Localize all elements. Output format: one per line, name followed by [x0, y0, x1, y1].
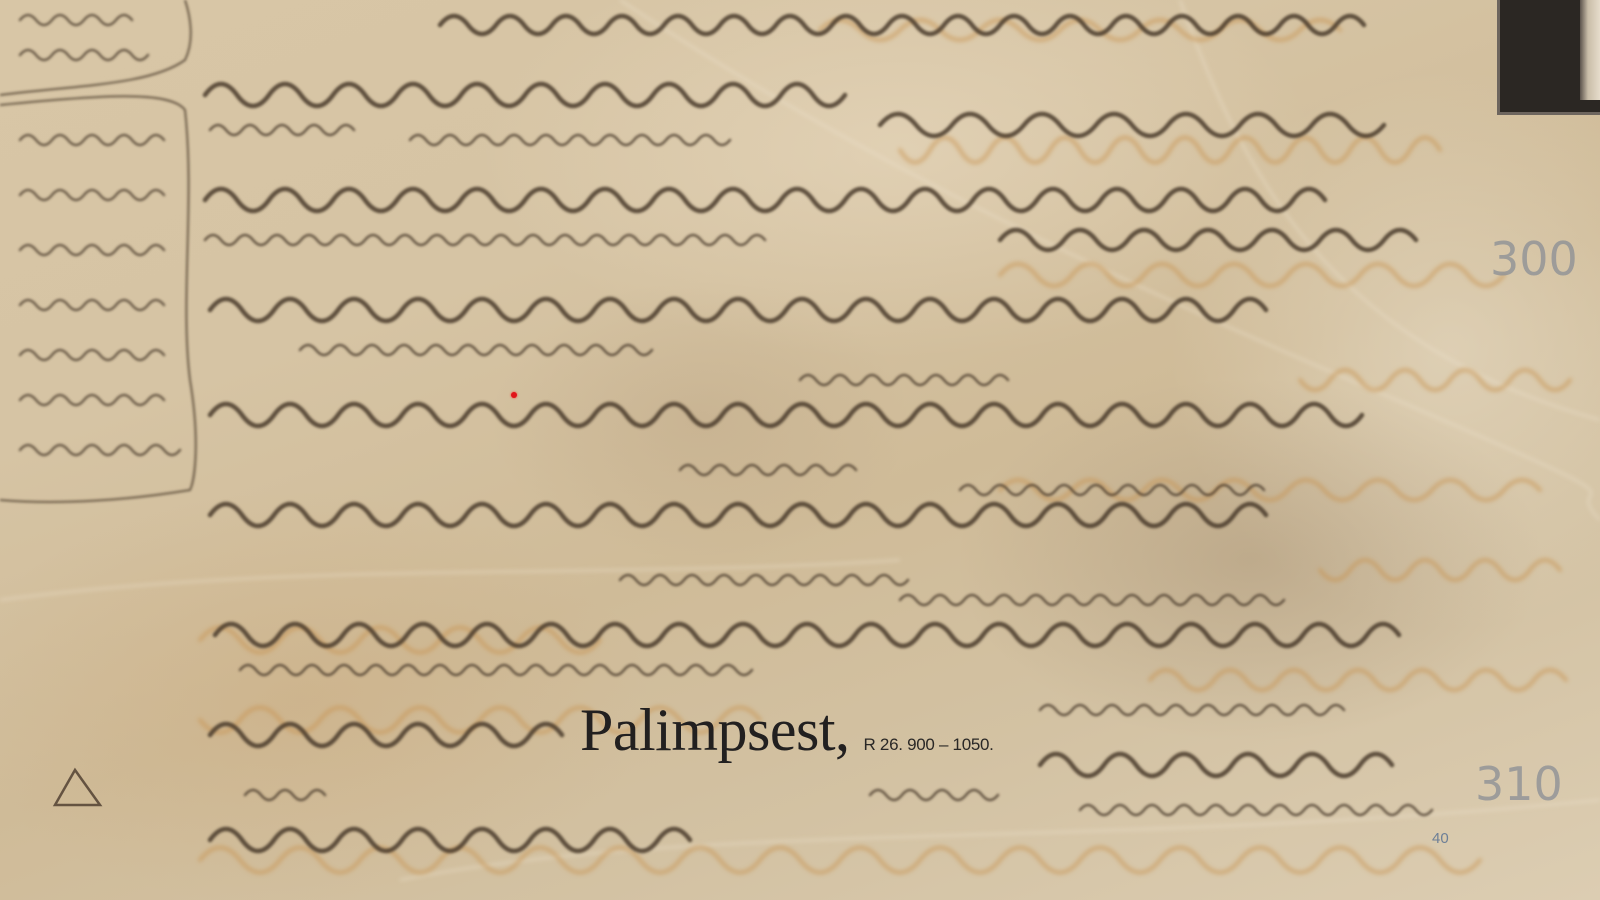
- presentation-slide: 300 310 Palimpsest, R 26. 900 – 1050. 40: [0, 0, 1600, 900]
- caption-subtitle: R 26. 900 – 1050.: [864, 735, 994, 755]
- svg-text:300: 300: [1490, 232, 1578, 286]
- laser-pointer-dot: [511, 392, 517, 398]
- slide-page-number: 40: [1432, 830, 1449, 847]
- binding-strip: [1580, 0, 1600, 100]
- svg-text:310: 310: [1475, 757, 1563, 811]
- palimpsest-manuscript-image: 300 310: [0, 0, 1600, 900]
- manuscript-binding-edge: [1497, 0, 1600, 115]
- slide-caption: Palimpsest, R 26. 900 – 1050.: [580, 696, 994, 765]
- caption-title: Palimpsest,: [580, 696, 850, 765]
